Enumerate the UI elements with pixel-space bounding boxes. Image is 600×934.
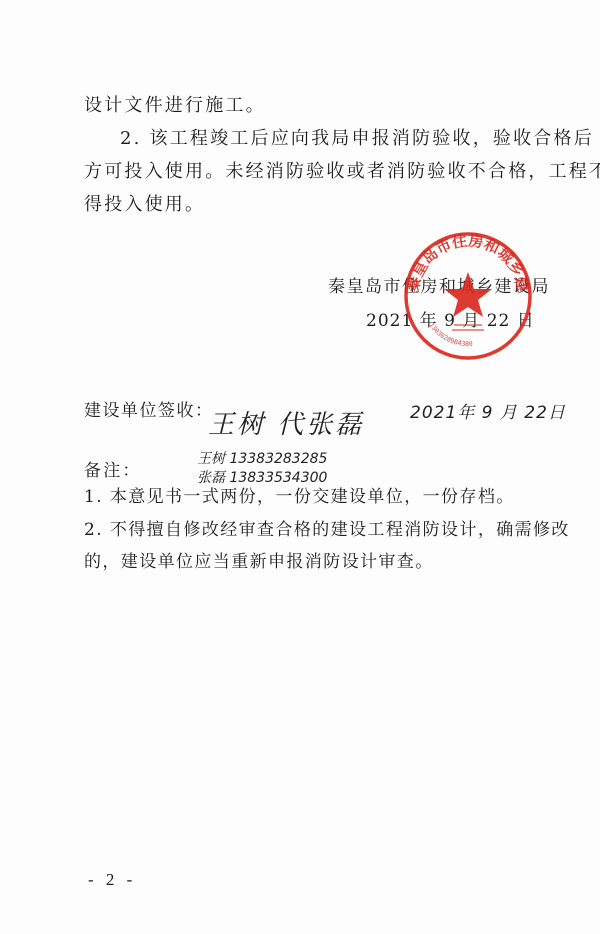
contact-1-phone: 13383283285 [229, 451, 327, 467]
body-line-1: 设计文件进行施工。 [84, 95, 266, 117]
contact-2: 张磊 13833534300 [197, 467, 327, 487]
item-2-line-3: 得投入使用。 [84, 194, 205, 216]
signoff-signature: 王树 代张磊 [208, 404, 364, 441]
notes-label: 备注： [84, 460, 142, 482]
item-2-line-2: 方可投入使用。未经消防验收或者消防验收不合格，工程不 [84, 161, 600, 183]
page-number: - 2 - [88, 870, 136, 890]
signoff-label: 建设单位签收： [84, 400, 214, 422]
contact-2-name: 张磊 [197, 470, 225, 486]
official-seal-icon: 秦皇岛市住房和城乡建设局 1303020984380 [402, 230, 534, 362]
signoff-date: 2021年 9 月 22日 [410, 398, 566, 423]
contact-1-name: 王树 [197, 451, 225, 467]
item-2-line-1: 2. 该工程竣工后应向我局申报消防验收，验收合格后 [120, 128, 594, 150]
contact-1: 王树 13383283285 [197, 448, 327, 468]
note-item-1: 1. 本意见书一式两份，一份交建设单位，一份存档。 [84, 486, 515, 508]
note-item-2-line-2: 的，建设单位应当重新申报消防设计审查。 [84, 551, 434, 573]
contact-2-phone: 13833534300 [229, 470, 327, 486]
note-item-2-line-1: 2. 不得擅自修改经审查合格的建设工程消防设计，确需修改 [84, 519, 570, 541]
